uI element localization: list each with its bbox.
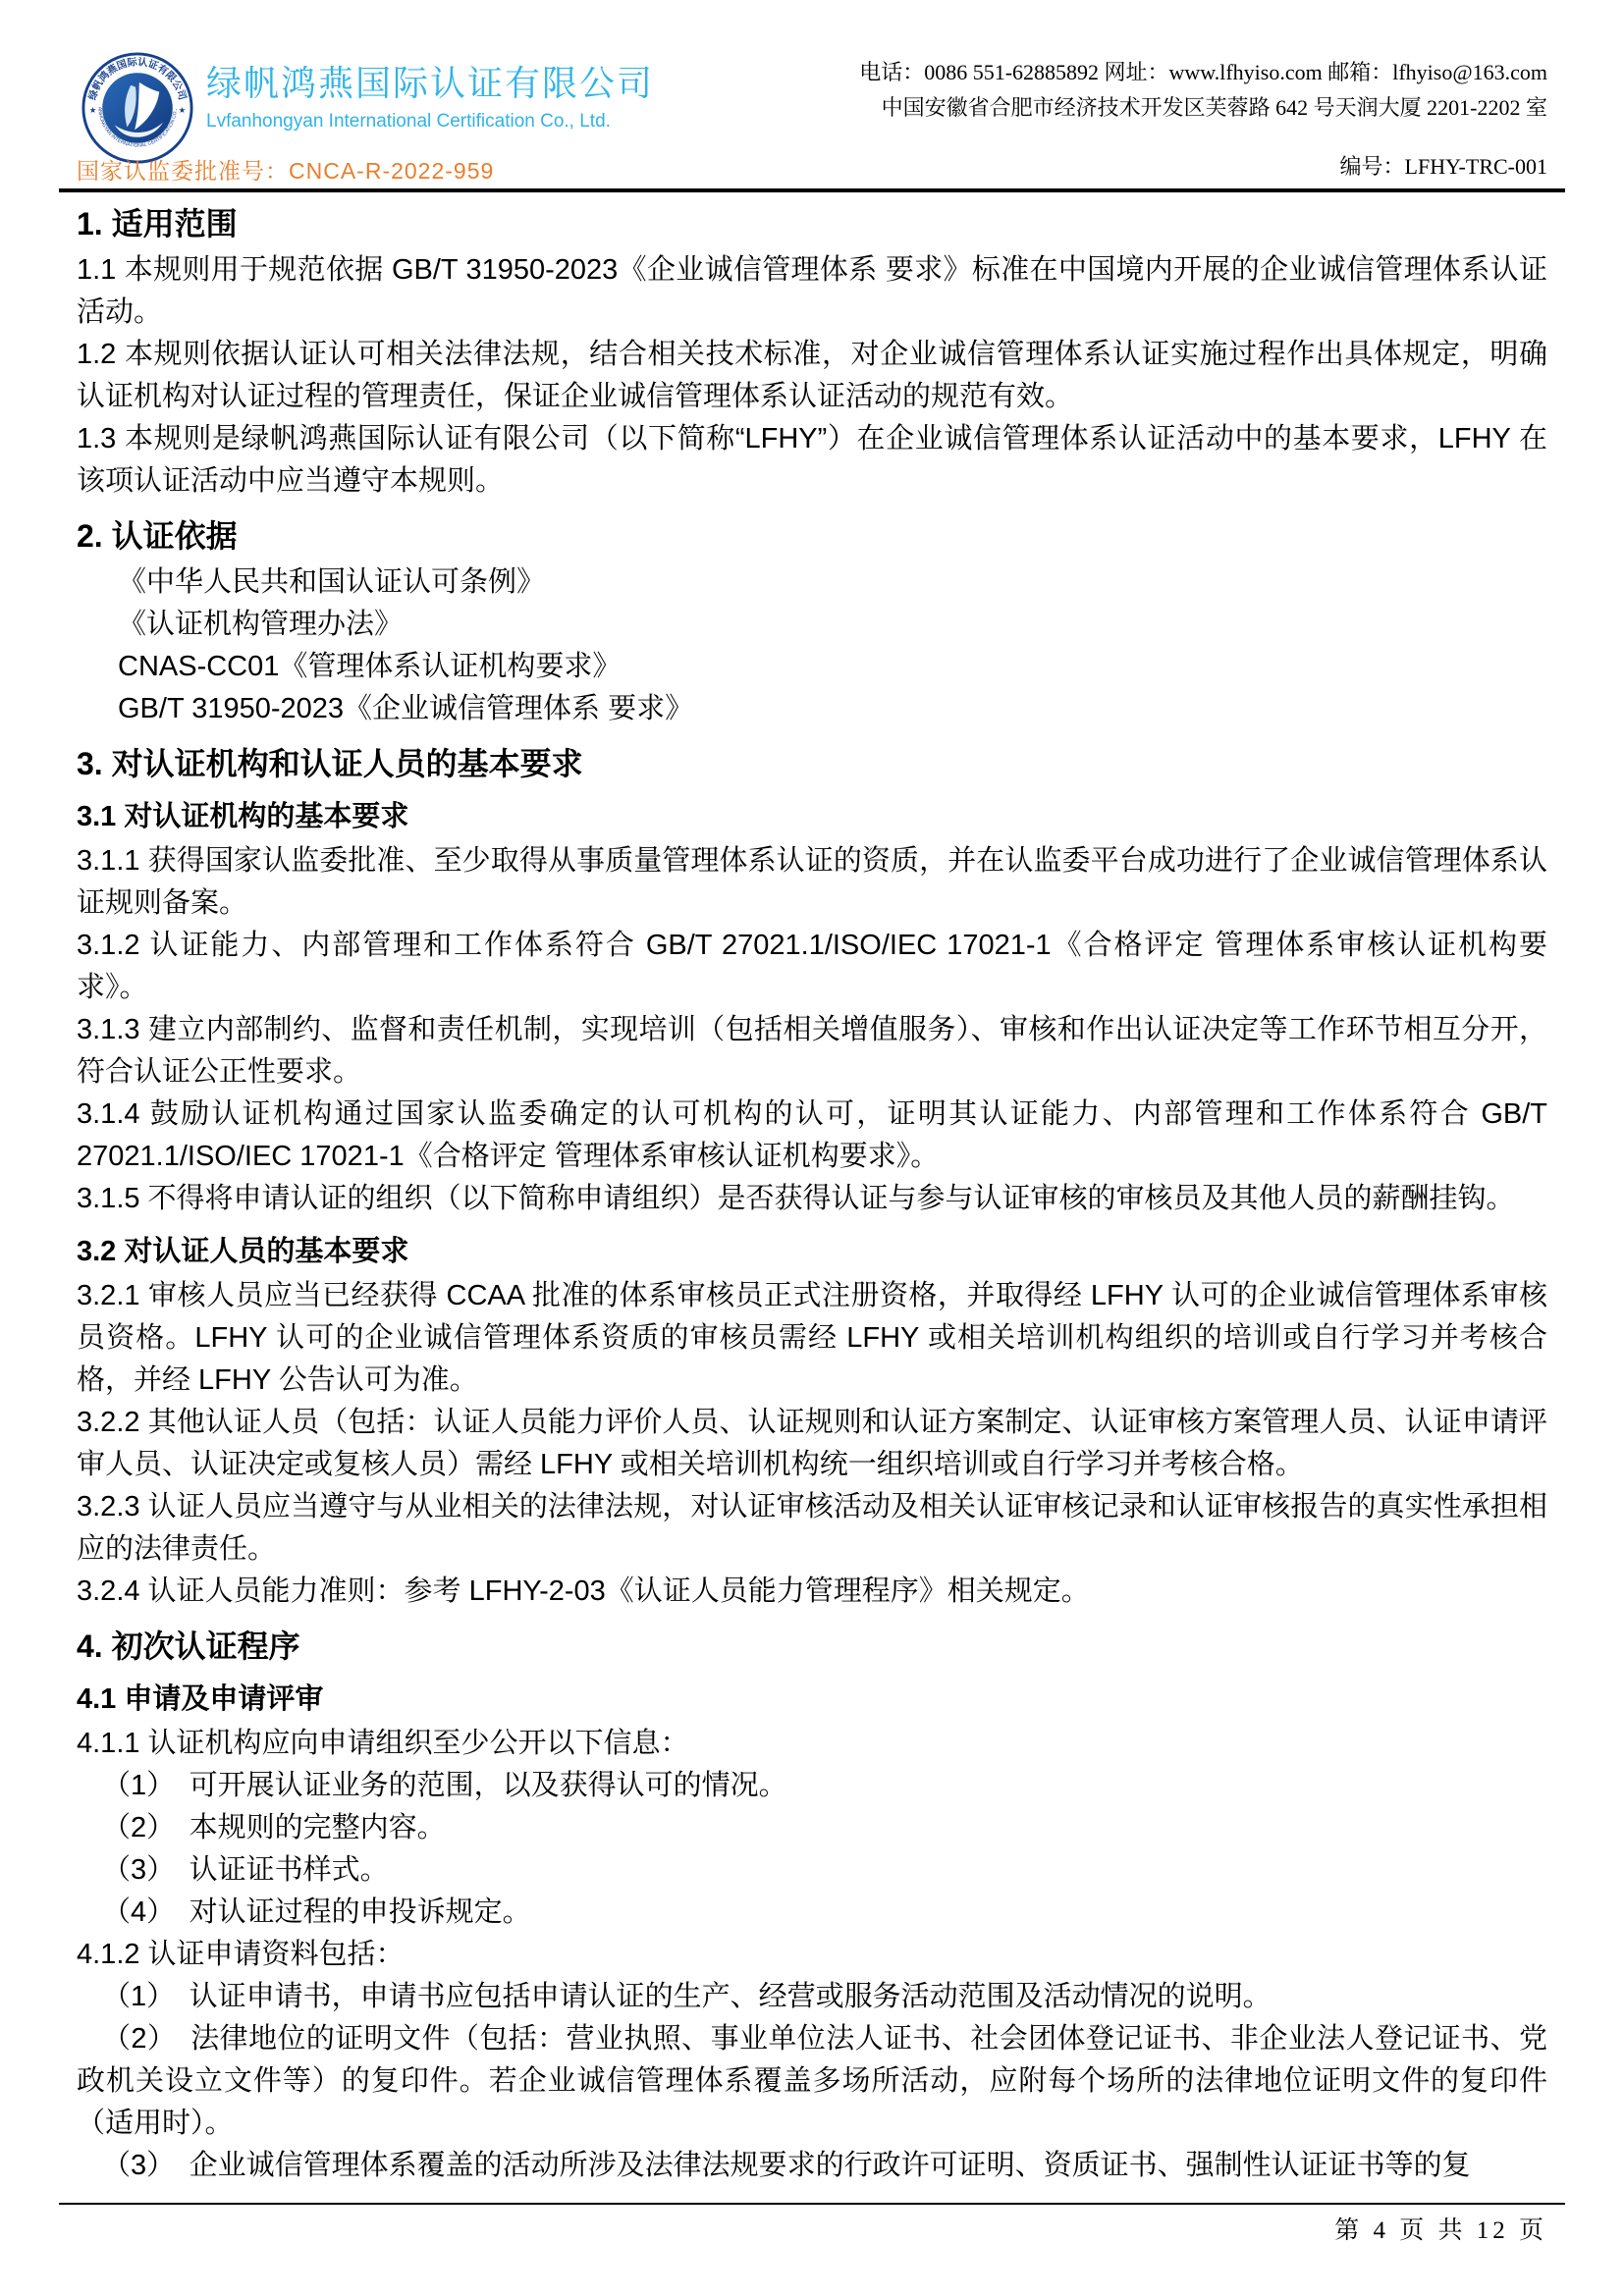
heading-3: 3. 对认证机构和认证人员的基本要求 — [77, 742, 1547, 785]
contact-phone-web-email: 电话：0086 551-62885892 网址：www.lfhyiso.com … — [859, 55, 1547, 90]
para-1-1: 1.1 本规则用于规范依据 GB/T 31950-2023《企业诚信管理体系 要… — [77, 249, 1547, 334]
para-3-1-2: 3.1.2 认证能力、内部管理和工作体系符合 GB/T 27021.1/ISO/… — [77, 925, 1547, 1009]
heading-3-2: 3.2 对认证人员的基本要求 — [77, 1230, 1547, 1273]
page-header: 绿帆鸿燕国际认证有限公司 LVFANHONGYAN INTERNATIONAL … — [0, 0, 1624, 196]
heading-2: 2. 认证依据 — [77, 514, 1547, 558]
item-4-1-2-2: （2） 法律地位的证明文件（包括：营业执照、事业单位法人证书、社会团体登记证书、… — [77, 2018, 1547, 2145]
logo-star-left-icon: ★ — [89, 105, 97, 115]
document-number: 编号：LFHY-TRC-001 — [1340, 150, 1547, 181]
header-divider — [59, 188, 1565, 192]
para-3-2-4: 3.2.4 认证人员能力准则：参考 LFHY-2-03《认证人员能力管理程序》相… — [77, 1571, 1547, 1613]
para-3-2-1: 3.2.1 审核人员应当已经获得 CCAA 批准的体系审核员正式注册资格，并取得… — [77, 1275, 1547, 1402]
logo-star-right-icon: ★ — [179, 105, 187, 115]
contact-address: 中国安徽省合肥市经济技术开发区芙蓉路 642 号天润大厦 2201-2202 室 — [859, 90, 1547, 126]
document-body: 1. 适用范围 1.1 本规则用于规范依据 GB/T 31950-2023《企业… — [77, 202, 1547, 2201]
ref-item-4: GB/T 31950-2023《企业诚信管理体系 要求》 — [77, 688, 1547, 730]
item-4-1-1-1: （1） 可开展认证业务的范围，以及获得认可的情况。 — [77, 1765, 1547, 1807]
para-3-2-2: 3.2.2 其他认证人员（包括：认证人员能力评价人员、认证规则和认证方案制定、认… — [77, 1402, 1547, 1486]
company-identity: 绿帆鸿燕国际认证有限公司 Lvfanhongyan International … — [206, 59, 654, 135]
heading-4: 4. 初次认证程序 — [77, 1625, 1547, 1668]
item-4-1-1-3: （3） 认证证书样式。 — [77, 1849, 1547, 1892]
approval-number: 国家认监委批准号：CNCA-R-2022-959 — [77, 153, 494, 186]
item-4-1-1-2: （2） 本规则的完整内容。 — [77, 1807, 1547, 1849]
para-1-2: 1.2 本规则依据认证认可相关法律法规，结合相关技术标准，对企业诚信管理体系认证… — [77, 334, 1547, 418]
heading-3-1: 3.1 对认证机构的基本要求 — [77, 795, 1547, 838]
footer-divider — [59, 2203, 1565, 2205]
para-1-3: 1.3 本规则是绿帆鸿燕国际认证有限公司（以下简称“LFHY”）在企业诚信管理体… — [77, 418, 1547, 503]
ref-item-2: 《认证机构管理办法》 — [77, 604, 1547, 646]
item-4-1-2-1: （1） 认证申请书，申请书应包括申请认证的生产、经营或服务活动范围及活动情况的说… — [77, 1976, 1547, 2018]
company-logo-icon: 绿帆鸿燕国际认证有限公司 LVFANHONGYAN INTERNATIONAL … — [81, 51, 194, 165]
company-name: 绿帆鸿燕国际认证有限公司 — [206, 59, 654, 108]
para-3-2-3: 3.2.3 认证人员应当遵守与从业相关的法律法规，对认证审核活动及相关认证审核记… — [77, 1486, 1547, 1571]
heading-1: 1. 适用范围 — [77, 202, 1547, 245]
para-3-1-3: 3.1.3 建立内部制约、监督和责任机制，实现培训（包括相关增值服务）、审核和作… — [77, 1009, 1547, 1094]
company-logo: 绿帆鸿燕国际认证有限公司 LVFANHONGYAN INTERNATIONAL … — [81, 51, 194, 165]
item-4-1-2-3: （3） 企业诚信管理体系覆盖的活动所涉及法律法规要求的行政许可证明、资质证书、强… — [77, 2145, 1547, 2187]
para-3-1-4: 3.1.4 鼓励认证机构通过国家认监委确定的认可机构的认可，证明其认证能力、内部… — [77, 1094, 1547, 1178]
para-3-1-1: 3.1.1 获得国家认监委批准、至少取得从事质量管理体系认证的资质，并在认监委平… — [77, 840, 1547, 925]
company-name-en: Lvfanhongyan International Certification… — [206, 108, 654, 135]
heading-4-1: 4.1 申请及申请评审 — [77, 1678, 1547, 1721]
document-page: 绿帆鸿燕国际认证有限公司 LVFANHONGYAN INTERNATIONAL … — [0, 0, 1624, 2296]
page-number: 第 4 页 共 12 页 — [1334, 2211, 1547, 2246]
ref-item-3: CNAS-CC01《管理体系认证机构要求》 — [77, 646, 1547, 688]
contact-info: 电话：0086 551-62885892 网址：www.lfhyiso.com … — [859, 55, 1547, 126]
item-4-1-1-4: （4） 对认证过程的申投诉规定。 — [77, 1892, 1547, 1934]
ref-item-1: 《中华人民共和国认证认可条例》 — [77, 561, 1547, 604]
para-3-1-5: 3.1.5 不得将申请认证的组织（以下简称申请组织）是否获得认证与参与认证审核的… — [77, 1178, 1547, 1220]
para-4-1-2: 4.1.2 认证申请资料包括： — [77, 1934, 1547, 1976]
para-4-1-1: 4.1.1 认证机构应向申请组织至少公开以下信息： — [77, 1723, 1547, 1765]
